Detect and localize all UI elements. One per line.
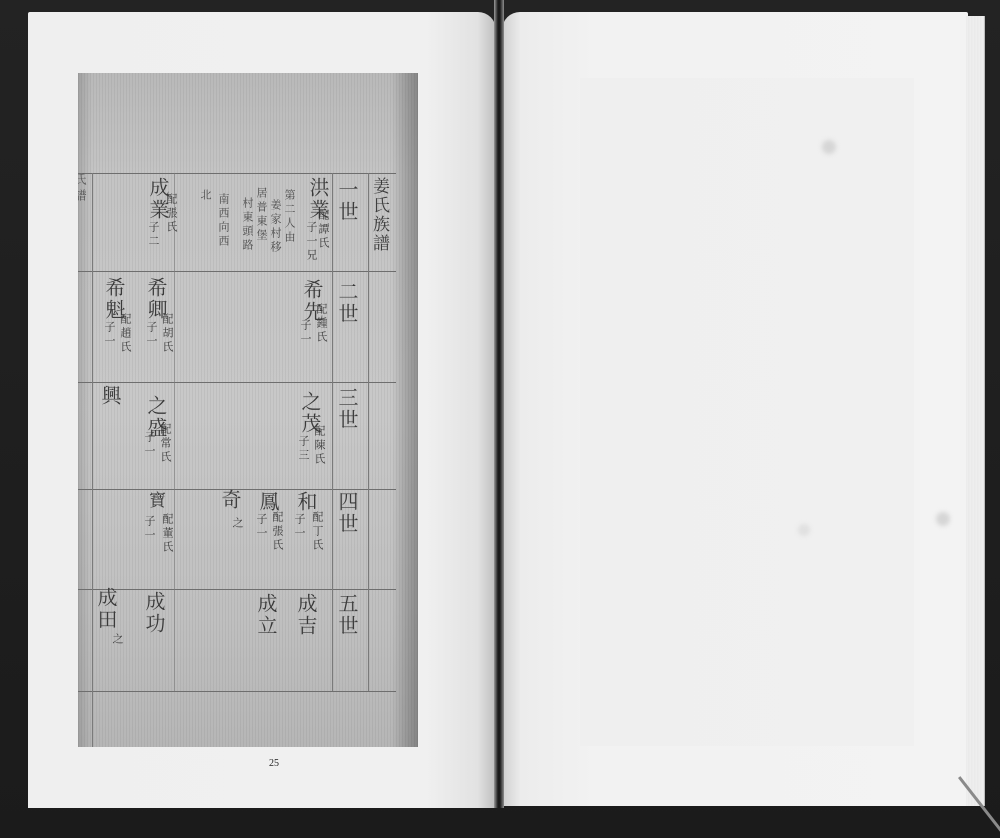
grid-line (78, 382, 396, 383)
register-title: 姜氏族譜 (370, 177, 387, 253)
grid-line (332, 173, 333, 691)
book-gutter (494, 0, 504, 808)
person-children: 子一 (256, 513, 267, 541)
generation-label: 二世 (337, 281, 357, 325)
person-name: 鳳 (258, 491, 278, 513)
person-children: 子一 (104, 321, 115, 349)
paper-spot (798, 524, 810, 536)
person-name: 和 (296, 491, 316, 513)
person-spouse: 配趙氏 (120, 313, 131, 355)
person-children: 子一 (300, 319, 311, 347)
person-name: 寶 (146, 491, 163, 510)
person-spouse: 配董氏 (162, 513, 173, 555)
person-name: 成立 (256, 593, 276, 637)
person-children: 子二 (148, 221, 159, 249)
person-spouse: 配張氏 (272, 511, 283, 553)
spine-fragment: 氏譜 (78, 173, 86, 205)
paper-spot (822, 140, 836, 154)
person-spouse: 配陳氏 (314, 425, 325, 467)
generation-label: 四世 (337, 491, 357, 535)
generation-label: 一世 (337, 179, 357, 223)
grid-line (78, 691, 396, 692)
generation-label: 五世 (337, 593, 357, 637)
generation-label: 三世 (337, 387, 357, 431)
person-children: 之 (112, 633, 123, 647)
page-number: 25 (262, 758, 286, 769)
person-children: 子一兄 (306, 221, 317, 263)
person-children: 子一 (294, 513, 305, 541)
person-spouse: 配胡氏 (162, 313, 173, 355)
person-spouse: 配鍾氏 (316, 303, 327, 345)
grid-line (92, 173, 93, 747)
person-children: 子一 (146, 321, 157, 349)
person-spouse: 配譚氏 (318, 209, 329, 251)
person-name: 成吉 (296, 593, 316, 637)
grid-line (78, 271, 396, 272)
page-edges (966, 16, 985, 806)
person-name: 興 (100, 385, 120, 407)
person-children: 子三 (298, 435, 309, 463)
person-name: 奇 (220, 489, 240, 511)
person-spouse: 配丁氏 (312, 511, 323, 553)
person-name: 成功 (144, 591, 164, 635)
migration-note: 第二人由 (284, 189, 295, 245)
person-children: 子一 (144, 431, 155, 459)
migration-note: 南西向西 (218, 193, 229, 249)
migration-note: 北 (200, 189, 211, 203)
right-page-bleedthrough (580, 78, 914, 746)
person-spouse: 配常氏 (160, 423, 171, 465)
book-photo-scene: 姜氏族譜 氏譜 一世 二世 三世 四世 五世 洪業 子一兄 配譚氏 第二人由 姜… (0, 0, 1000, 838)
person-spouse: 配張氏 (166, 193, 177, 235)
person-name: 成田 (96, 587, 116, 631)
migration-note: 姜家村移 (270, 199, 281, 255)
grid-line (78, 173, 396, 174)
grid-line (174, 173, 175, 691)
migration-note: 村東頭路 (242, 197, 253, 253)
person-children: 子一 (144, 515, 155, 543)
genealogy-scan: 姜氏族譜 氏譜 一世 二世 三世 四世 五世 洪業 子一兄 配譚氏 第二人由 姜… (78, 73, 418, 747)
person-children: 之 (232, 517, 243, 531)
paper-spot (936, 512, 950, 526)
migration-note: 居普東堡 (256, 187, 267, 243)
grid-line (78, 589, 396, 590)
